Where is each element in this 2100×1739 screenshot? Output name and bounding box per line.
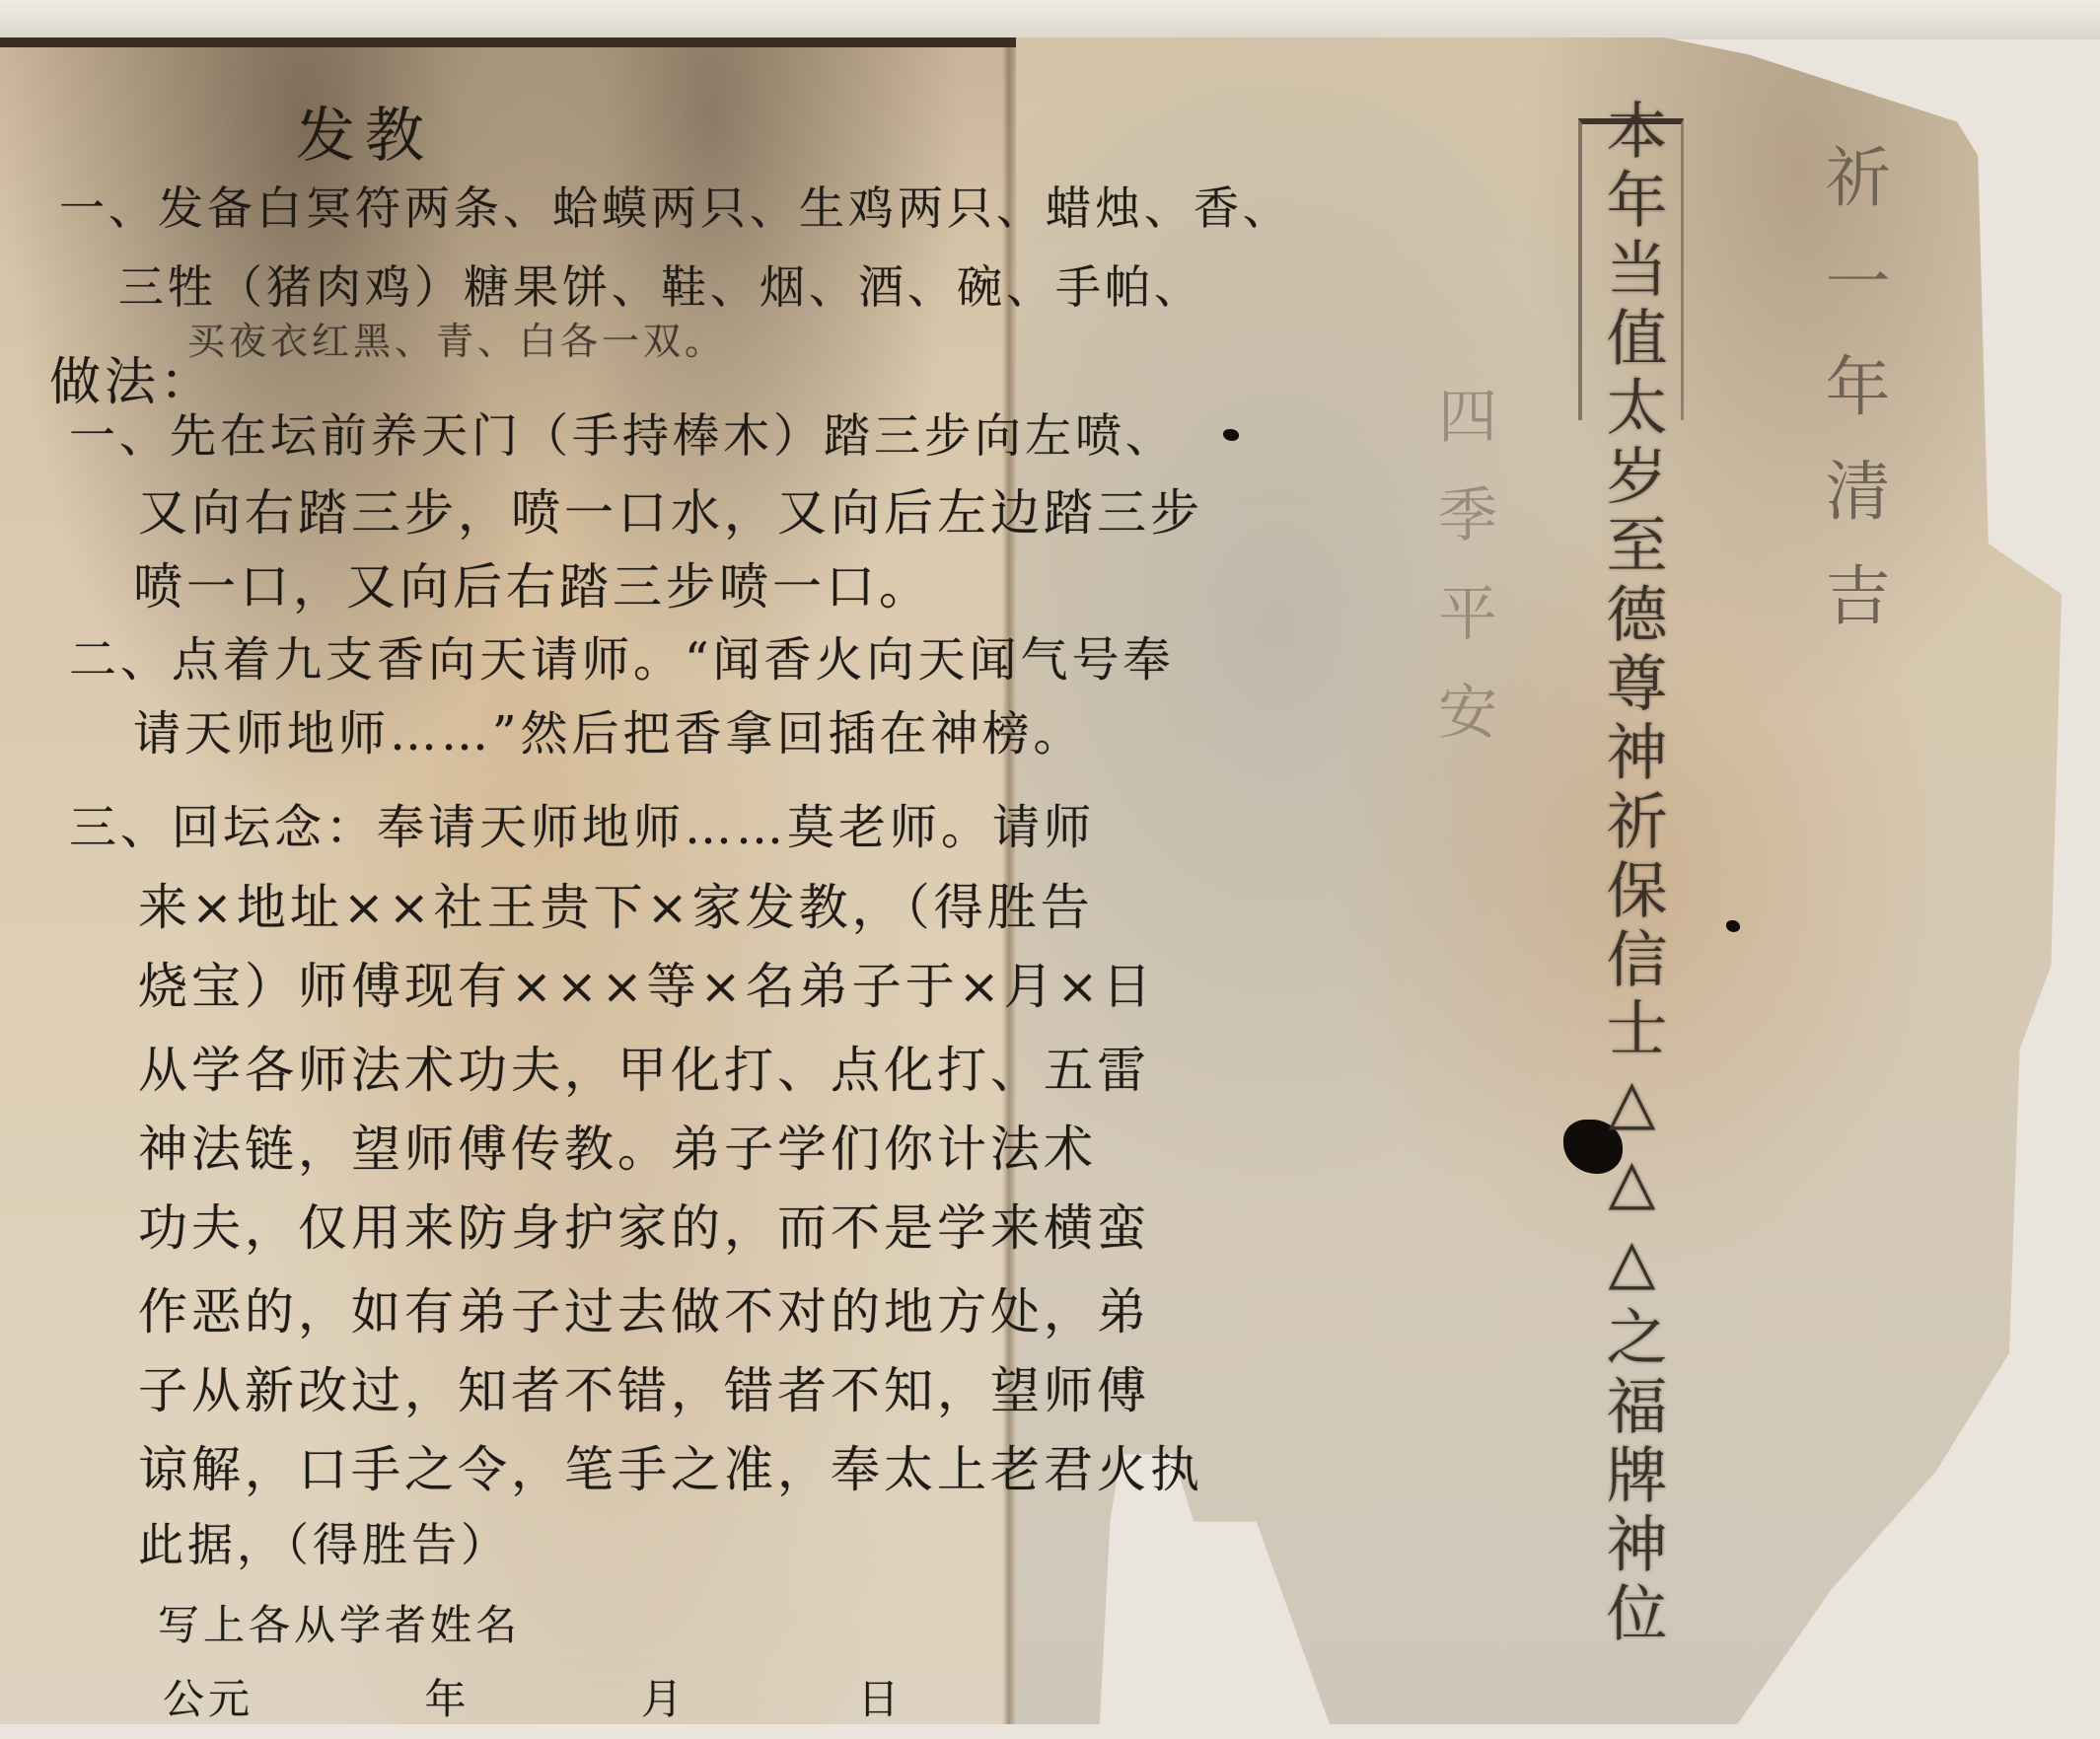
background-wall [0,0,2100,39]
text-line: 又向右踏三步，喷一口水，又向后左边踏三步 [138,473,1203,544]
blessing-inscription: 祈一年清吉 [1805,143,1899,666]
ink-spot [1726,920,1740,932]
text-line: 写上各从学者姓名 [158,1593,521,1652]
text-line: 二、点着九支香向天请师。“闻香火向天闻气号奉 [69,621,1175,689]
peace-inscription: 四季平安 [1420,385,1505,779]
text-line: 谅解，口手之令，笔手之准，奉太上老君火执 [138,1430,1203,1501]
text-line: 一、发备白冥符两条、蛤蟆两只、生鸡两只、蜡烛、香、 [59,173,1292,238]
date-line: 公元 年 月 日 [163,1667,904,1726]
text-line: 烧宝）师傅现有×××等×名弟子于×月×日 [138,947,1155,1018]
text-line: 一、先在坛前养天门（手持棒木）踏三步向左喷、 [69,399,1176,466]
text-line: 买夜衣红黑、青、白各一双。 [187,311,726,365]
text-line: 从学各师法术功夫，甲化打、点化打、五雷 [138,1031,1150,1102]
text-line: 作恶的，如有弟子过去做不对的地方处，弟 [138,1272,1150,1343]
text-line: 子从新改过，知者不错，错者不知，望师傅 [138,1351,1150,1422]
text-line: 来×地址××社王贵下×家发教，（得胜告 [138,868,1094,939]
text-line: 神法链，望师傅传教。弟子学们你计法术 [138,1110,1097,1181]
tablet-main-inscription: 本年当值太岁至德尊神祈保信士△△△之福牌神位 [1588,99,1676,1650]
document-title: 发教 [296,89,434,174]
text-line: 三牲（猪肉鸡）糖果饼、鞋、烟、酒、碗、手帕、 [118,252,1203,317]
text-line: 此据，（得胜告） [138,1509,510,1574]
text-line: 喷一口，又向后右踏三步喷一口。 [133,547,932,618]
text-line: 请天师地师……”然后把香拿回插在神榜。 [133,695,1085,763]
text-line: 功夫，仅用来防身护家的，而不是学来横蛮 [138,1189,1150,1260]
text-line: 三、回坛念：奉请天师地师……莫老师。请师 [69,789,1095,857]
ink-spot [1223,429,1239,441]
